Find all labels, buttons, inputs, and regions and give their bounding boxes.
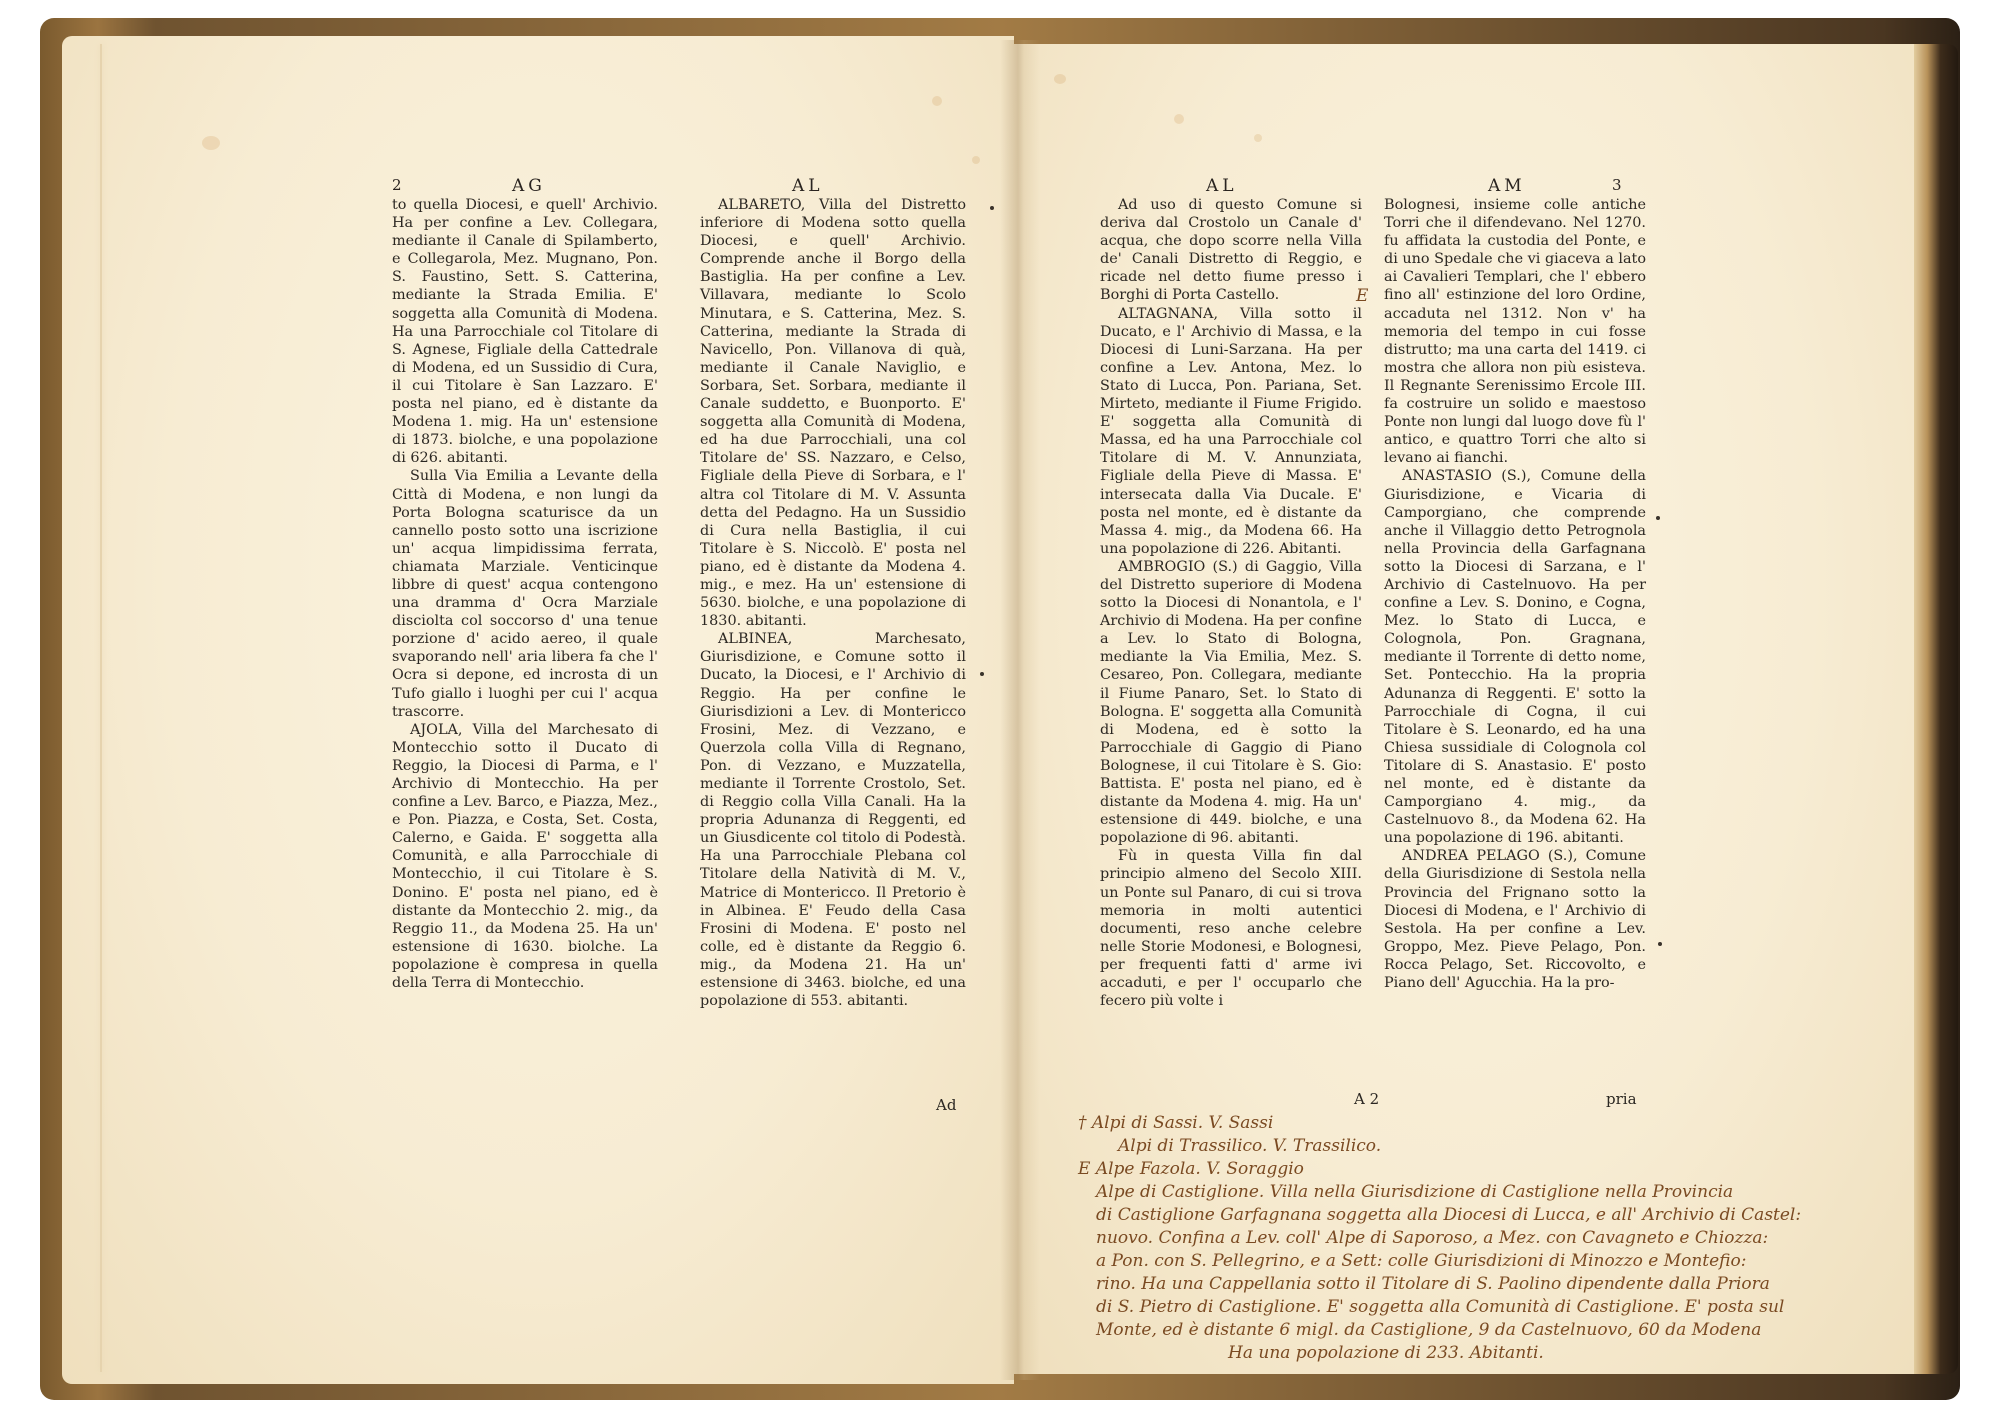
- signature-mark: A 2: [1354, 1090, 1379, 1108]
- left-catchword: Ad: [936, 1096, 956, 1114]
- handwritten-margin-mark: E: [1356, 286, 1368, 306]
- right-page-column-2: Bolognesi, insieme colle antiche Torri c…: [1384, 196, 1646, 992]
- handwritten-line: a Pon. con S. Pellegrino, e a Sett: coll…: [1078, 1250, 1908, 1273]
- entry-paragraph: Fù in questa Villa fin dal principio alm…: [1100, 847, 1362, 1010]
- handwritten-line: di S. Pietro di Castiglione. E' soggetta…: [1078, 1296, 1908, 1319]
- entry-paragraph: Bolognesi, insieme colle antiche Torri c…: [1384, 196, 1646, 467]
- entry-albinea: ALBINEA, Marchesato, Giurisdizione, e Co…: [700, 630, 966, 1010]
- handwritten-line: Alpe di Castiglione. Villa nella Giurisd…: [1078, 1181, 1908, 1204]
- right-running-head-2: AM: [1488, 176, 1526, 196]
- left-running-head-2: AL: [792, 176, 824, 196]
- entry-andrea-pelago: ANDREA PELAGO (S.), Comune della Giurisd…: [1384, 847, 1646, 992]
- entry-ambrogio: AMBROGIO (S.) di Gaggio, Villa del Distr…: [1100, 558, 1362, 848]
- entry-paragraph: to quella Diocesi, e quell' Archivio. Ha…: [392, 196, 658, 467]
- entry-paragraph: Ad uso di questo Comune si deriva dal Cr…: [1100, 196, 1362, 305]
- handwritten-line: Alpi di Trassilico. V. Trassilico.: [1078, 1135, 1908, 1158]
- left-page-number: 2: [392, 176, 402, 194]
- margin-dot: [1658, 942, 1662, 946]
- handwritten-notes: † Alpi di Sassi. V. Sassi Alpi di Trassi…: [1078, 1112, 1908, 1365]
- margin-dot: [990, 206, 994, 210]
- book-gutter: [1000, 40, 1040, 1380]
- handwritten-line: nuovo. Confina a Lev. coll' Alpe di Sapo…: [1078, 1227, 1908, 1250]
- entry-ajola: AJOLA, Villa del Marchesato di Montecchi…: [392, 721, 658, 992]
- entry-anastasio: ANASTASIO (S.), Comune della Giurisdizio…: [1384, 467, 1646, 847]
- right-running-head-1: AL: [1206, 176, 1238, 196]
- handwritten-line: † Alpi di Sassi. V. Sassi: [1078, 1112, 1908, 1135]
- handwritten-line: Monte, ed è distante 6 migl. da Castigli…: [1078, 1319, 1908, 1342]
- left-page-column-2: ALBARETO, Villa del Distretto inferiore …: [700, 196, 966, 1010]
- handwritten-line: Ha una popolazione di 233. Abitanti.: [1078, 1342, 1908, 1365]
- page-fold-edge: [100, 44, 102, 1372]
- entry-altagnana: ALTAGNANA, Villa sotto il Ducato, e l' A…: [1100, 305, 1362, 558]
- handwritten-line: di Castiglione Garfagnana soggetta alla …: [1078, 1204, 1908, 1227]
- right-page-column-1: Ad uso di questo Comune si deriva dal Cr…: [1100, 196, 1362, 1010]
- handwritten-line: E Alpe Fazola. V. Soraggio: [1078, 1158, 1908, 1181]
- margin-dot: [980, 672, 984, 676]
- left-page-column-1: to quella Diocesi, e quell' Archivio. Ha…: [392, 196, 658, 992]
- margin-dot: [1656, 516, 1660, 520]
- entry-paragraph: Sulla Via Emilia a Levante della Città d…: [392, 467, 658, 720]
- right-catchword: pria: [1606, 1090, 1637, 1108]
- book-right-edge: [1914, 44, 1958, 1374]
- handwritten-line: rino. Ha una Cappellania sotto il Titola…: [1078, 1273, 1908, 1296]
- entry-albareto: ALBARETO, Villa del Distretto inferiore …: [700, 196, 966, 630]
- left-running-head-1: AG: [512, 176, 546, 196]
- right-page-number: 3: [1612, 176, 1622, 194]
